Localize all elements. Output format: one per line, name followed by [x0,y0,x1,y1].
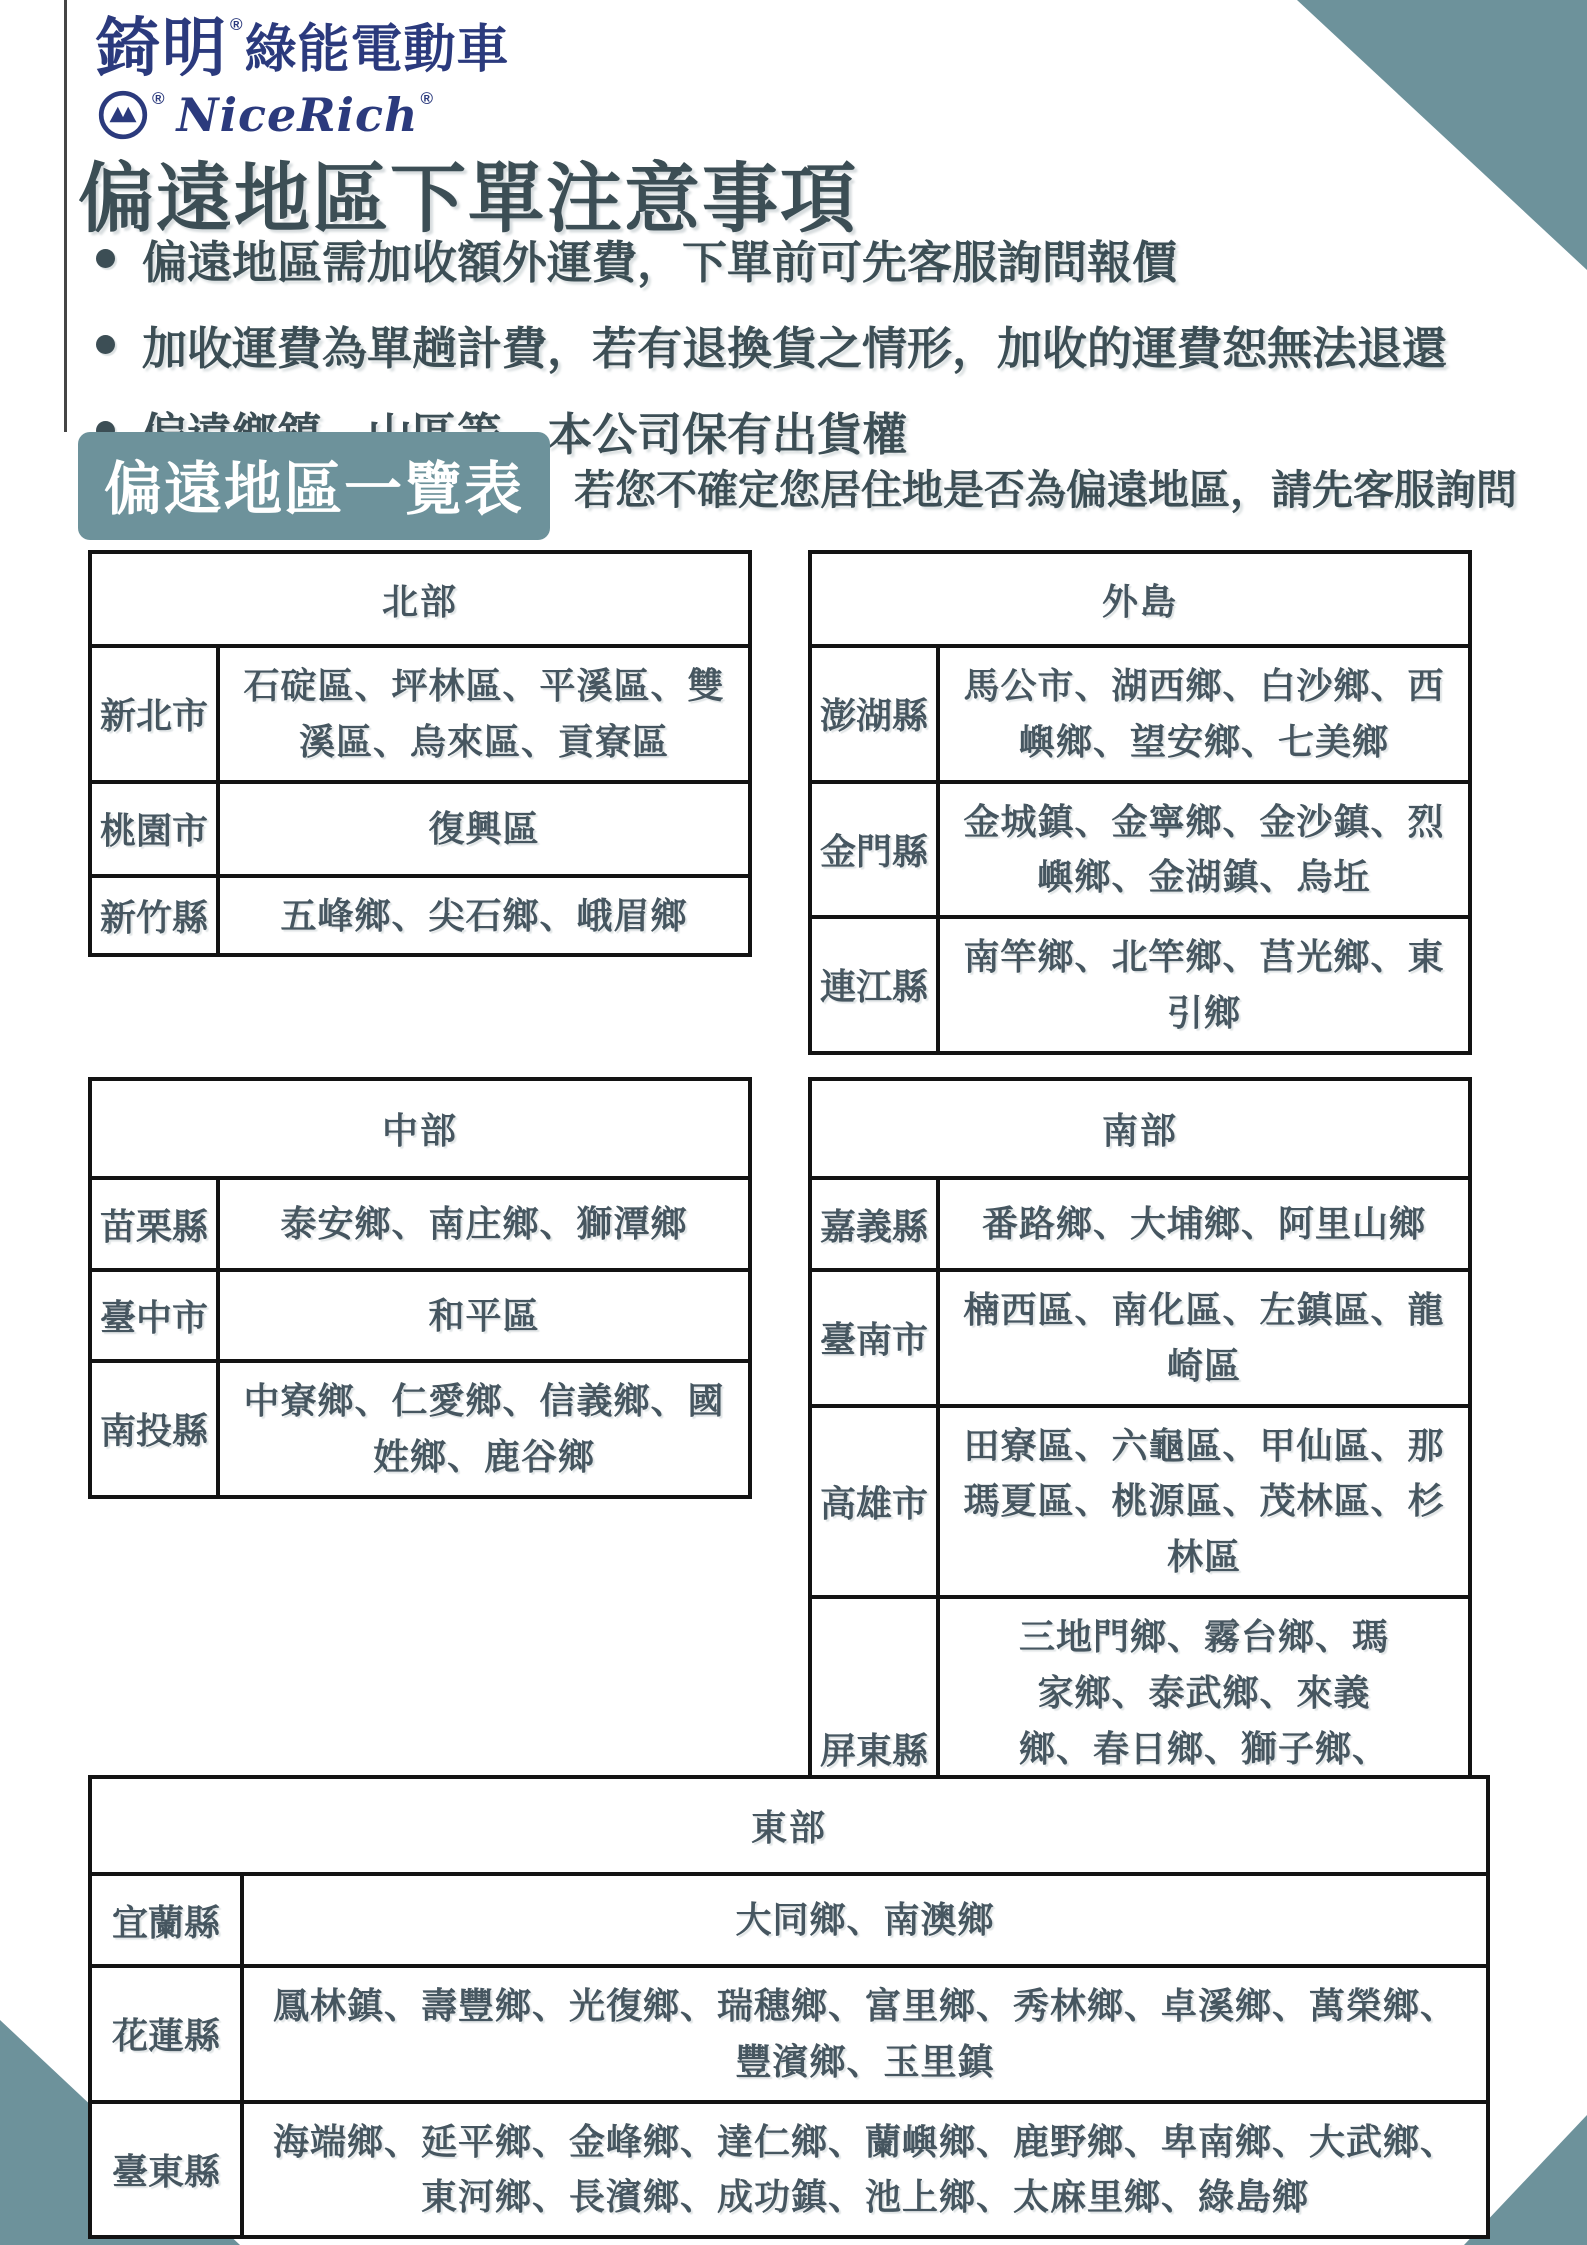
table-row: 臺南市 楠西區、南化區、左鎮區、龍崎區 [812,1268,1468,1404]
table-row: 臺中市 和平區 [92,1268,748,1359]
table-row: 苗栗縣 泰安鄉、南庄鄉、獅潭鄉 [92,1176,748,1268]
brand-logo-english: ® NiceRich ® [96,88,510,142]
table-row: 高雄市 田寮區、六龜區、甲仙區、那瑪夏區、桃源區、茂林區、杉林區 [812,1404,1468,1595]
areas-cell: 大同鄉、南澳鄉 [244,1876,1486,1964]
areas-cell: 石碇區、坪林區、平溪區、雙溪區、烏來區、貢寮區 [220,648,748,780]
table-row: 連江縣 南竿鄉、北竿鄉、莒光鄉、東引鄉 [812,915,1468,1051]
left-border-line [64,0,67,432]
banner-label: 偏遠地區一覽表 [78,432,550,540]
table-north: 北部 新北市 石碇區、坪林區、平溪區、雙溪區、烏來區、貢寮區 桃園市 復興區 新… [88,550,752,957]
brand-logo: 錡明 ® 綠能電動車 ® NiceRich ® [96,16,510,142]
notice-text: 加收運費為單趟計費，若有退換貨之情形，加收的運費恕無法退還 [142,312,1447,377]
region-cell: 臺南市 [812,1272,940,1404]
region-cell: 嘉義縣 [812,1180,940,1268]
areas-cell: 田寮區、六龜區、甲仙區、那瑪夏區、桃源區、茂林區、杉林區 [940,1408,1468,1595]
brand-logo-chinese: 錡明 ® 綠能電動車 [96,16,510,80]
registered-mark: ® [152,90,165,107]
region-cell: 南投縣 [92,1363,220,1495]
region-cell: 臺東縣 [92,2104,244,2236]
table-east: 東部 宜蘭縣 大同鄉、南澳鄉 花蓮縣 鳳林鎮、壽豐鄉、光復鄉、瑞穗鄉、富里鄉、秀… [88,1775,1490,2239]
registered-mark: ® [420,90,433,107]
table-central: 中部 苗栗縣 泰安鄉、南庄鄉、獅潭鄉 臺中市 和平區 南投縣 中寮鄉、仁愛鄉、信… [88,1077,752,1499]
table-title: 東部 [92,1779,1486,1872]
table-row: 南投縣 中寮鄉、仁愛鄉、信義鄉、國姓鄉、鹿谷鄉 [92,1359,748,1495]
section-banner: 偏遠地區一覽表 若您不確定您居住地是否為偏遠地區，請先客服詢問 [78,432,1517,540]
areas-cell: 南竿鄉、北竿鄉、莒光鄉、東引鄉 [940,919,1468,1051]
remote-area-notice-page: 錡明 ® 綠能電動車 ® NiceRich ® 偏遠地區下單注意事項 偏遠地區需… [0,0,1587,2245]
table-row: 花蓮縣 鳳林鎮、壽豐鄉、光復鄉、瑞穗鄉、富里鄉、秀林鄉、卓溪鄉、萬榮鄉、豐濱鄉、… [92,1964,1486,2100]
region-cell: 新北市 [92,648,220,780]
table-row: 金門縣 金城鎮、金寧鄉、金沙鎮、烈嶼鄉、金湖鎮、烏坵 [812,780,1468,916]
table-title: 北部 [92,554,748,644]
region-cell: 新竹縣 [92,878,220,954]
areas-cell: 五峰鄉、尖石鄉、峨眉鄉 [220,878,748,954]
registered-mark: ® [230,16,243,33]
table-row: 嘉義縣 番路鄉、大埔鄉、阿里山鄉 [812,1176,1468,1268]
region-cell: 宜蘭縣 [92,1876,244,1964]
region-cell: 連江縣 [812,919,940,1051]
table-row: 新竹縣 五峰鄉、尖石鄉、峨眉鄉 [92,874,748,954]
areas-cell: 泰安鄉、南庄鄉、獅潭鄉 [220,1180,748,1268]
areas-cell: 海端鄉、延平鄉、金峰鄉、達仁鄉、蘭嶼鄉、鹿野鄉、卑南鄉、大武鄉、東河鄉、長濱鄉、… [244,2104,1486,2236]
table-title: 南部 [812,1081,1468,1176]
areas-cell: 中寮鄉、仁愛鄉、信義鄉、國姓鄉、鹿谷鄉 [220,1363,748,1495]
table-row: 宜蘭縣 大同鄉、南澳鄉 [92,1872,1486,1964]
areas-cell: 和平區 [220,1272,748,1359]
region-cell: 臺中市 [92,1272,220,1359]
brand-name-cn-sub: 綠能電動車 [245,24,510,76]
table-row: 澎湖縣 馬公市、湖西鄉、白沙鄉、西嶼鄉、望安鄉、七美鄉 [812,644,1468,780]
bullet-dot-icon [96,249,115,268]
brand-name-en: NiceRich [177,92,419,138]
table-title: 中部 [92,1081,748,1176]
region-cell: 花蓮縣 [92,1968,244,2100]
brand-name-cn-main: 錡明 [96,16,228,80]
areas-cell: 鳳林鎮、壽豐鄉、光復鄉、瑞穗鄉、富里鄉、秀林鄉、卓溪鄉、萬榮鄉、豐濱鄉、玉里鎮 [244,1968,1486,2100]
table-row: 桃園市 復興區 [92,780,748,874]
banner-note: 若您不確定您居住地是否為偏遠地區，請先客服詢問 [574,457,1517,516]
notice-item: 偏遠地區需加收額外運費，下單前可先客服詢問報價 [96,226,1447,291]
notice-item: 加收運費為單趟計費，若有退換貨之情形，加收的運費恕無法退還 [96,312,1447,377]
region-cell: 金門縣 [812,784,940,916]
region-cell: 澎湖縣 [812,648,940,780]
nicerich-cm-circle-icon [96,88,150,142]
region-cell: 桃園市 [92,784,220,874]
table-title: 外島 [812,554,1468,644]
region-cell: 高雄市 [812,1408,940,1595]
areas-cell: 番路鄉、大埔鄉、阿里山鄉 [940,1180,1468,1268]
notice-text: 偏遠地區需加收額外運費，下單前可先客服詢問報價 [142,226,1177,291]
bullet-dot-icon [96,335,115,354]
region-cell: 苗栗縣 [92,1180,220,1268]
table-row: 新北市 石碇區、坪林區、平溪區、雙溪區、烏來區、貢寮區 [92,644,748,780]
areas-cell: 楠西區、南化區、左鎮區、龍崎區 [940,1272,1468,1404]
table-row: 臺東縣 海端鄉、延平鄉、金峰鄉、達仁鄉、蘭嶼鄉、鹿野鄉、卑南鄉、大武鄉、東河鄉、… [92,2100,1486,2236]
areas-cell: 復興區 [220,784,748,874]
table-islands: 外島 澎湖縣 馬公市、湖西鄉、白沙鄉、西嶼鄉、望安鄉、七美鄉 金門縣 金城鎮、金… [808,550,1472,1055]
areas-cell: 金城鎮、金寧鄉、金沙鎮、烈嶼鄉、金湖鎮、烏坵 [940,784,1468,916]
areas-cell: 馬公市、湖西鄉、白沙鄉、西嶼鄉、望安鄉、七美鄉 [940,648,1468,780]
